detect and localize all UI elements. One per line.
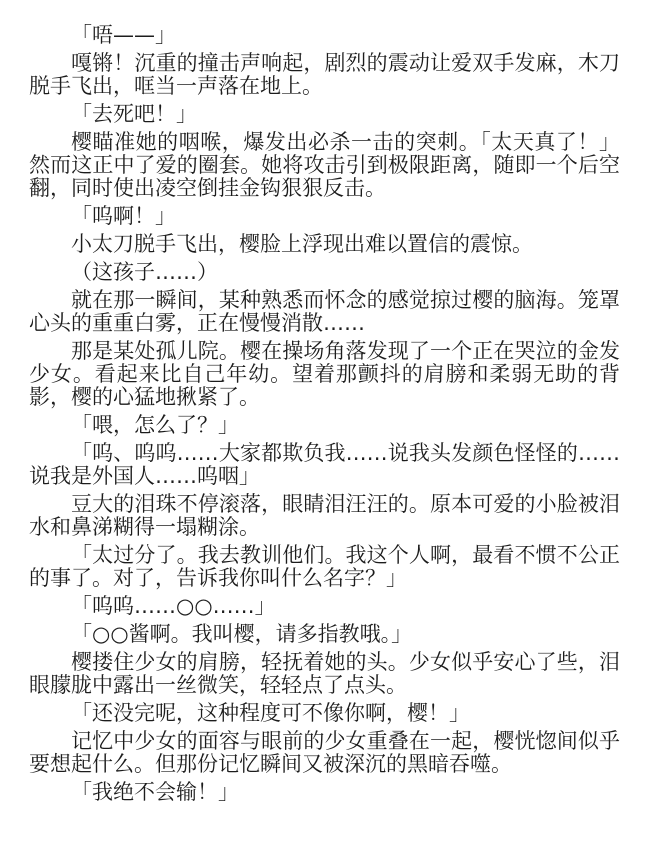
paragraph: 樱搂住少女的肩膀，轻抚着她的头。少女似乎安心了些，泪眼朦胧中露出一丝微笑，轻轻点… [29, 651, 620, 697]
paragraph: 小太刀脱手飞出，樱脸上浮现出难以置信的震惊。 [29, 233, 620, 256]
paragraph: 就在那一瞬间，某种熟悉而怀念的感觉掠过樱的脑海。笼罩心头的重重白雾，正在慢慢消散… [29, 289, 620, 335]
paragraph: 「呜、呜呜……大家都欺负我……说我头发颜色怪怪的……说我是外国人……呜咽」 [29, 442, 620, 488]
paragraph: 「喂，怎么了？」 [29, 414, 620, 437]
novel-page: 「唔——」嘎锵！沉重的撞击声响起，剧烈的震动让爱双手发麻，木刀脱手飞出，哐当一声… [0, 0, 650, 850]
paragraph: 豆大的泪珠不停滚落，眼睛泪汪汪的。原本可爱的小脸被泪水和鼻涕糊得一塌糊涂。 [29, 493, 620, 539]
paragraph: 「○○酱啊。我叫樱，请多指教哦。」 [29, 623, 620, 646]
paragraph: 「呜呜……○○……」 [29, 595, 620, 618]
paragraph: 那是某处孤儿院。樱在操场角落发现了一个正在哭泣的金发少女。看起来比自己年幼。望着… [29, 340, 620, 409]
paragraph: 「去死吧！」 [29, 103, 620, 126]
page-text: 「唔——」嘎锵！沉重的撞击声响起，剧烈的震动让爱双手发麻，木刀脱手飞出，哐当一声… [0, 0, 650, 850]
paragraph: （这孩子……） [29, 261, 620, 284]
paragraph: 「唔——」 [29, 24, 620, 47]
paragraph: 樱瞄准她的咽喉，爆发出必杀一击的突刺。「太天真了！」然而这正中了爱的圈套。她将攻… [29, 131, 620, 200]
paragraph: 「还没完呢，这种程度可不像你啊，樱！」 [29, 702, 620, 725]
paragraph: 记忆中少女的面容与眼前的少女重叠在一起，樱恍惚间似乎要想起什么。但那份记忆瞬间又… [29, 730, 620, 776]
paragraph: 「呜啊！」 [29, 205, 620, 228]
paragraph: 「我绝不会输！」 [29, 781, 620, 804]
paragraph: 嘎锵！沉重的撞击声响起，剧烈的震动让爱双手发麻，木刀脱手飞出，哐当一声落在地上。 [29, 52, 620, 98]
paragraph: 「太过分了。我去教训他们。我这个人啊，最看不惯不公正的事了。对了，告诉我你叫什么… [29, 544, 620, 590]
